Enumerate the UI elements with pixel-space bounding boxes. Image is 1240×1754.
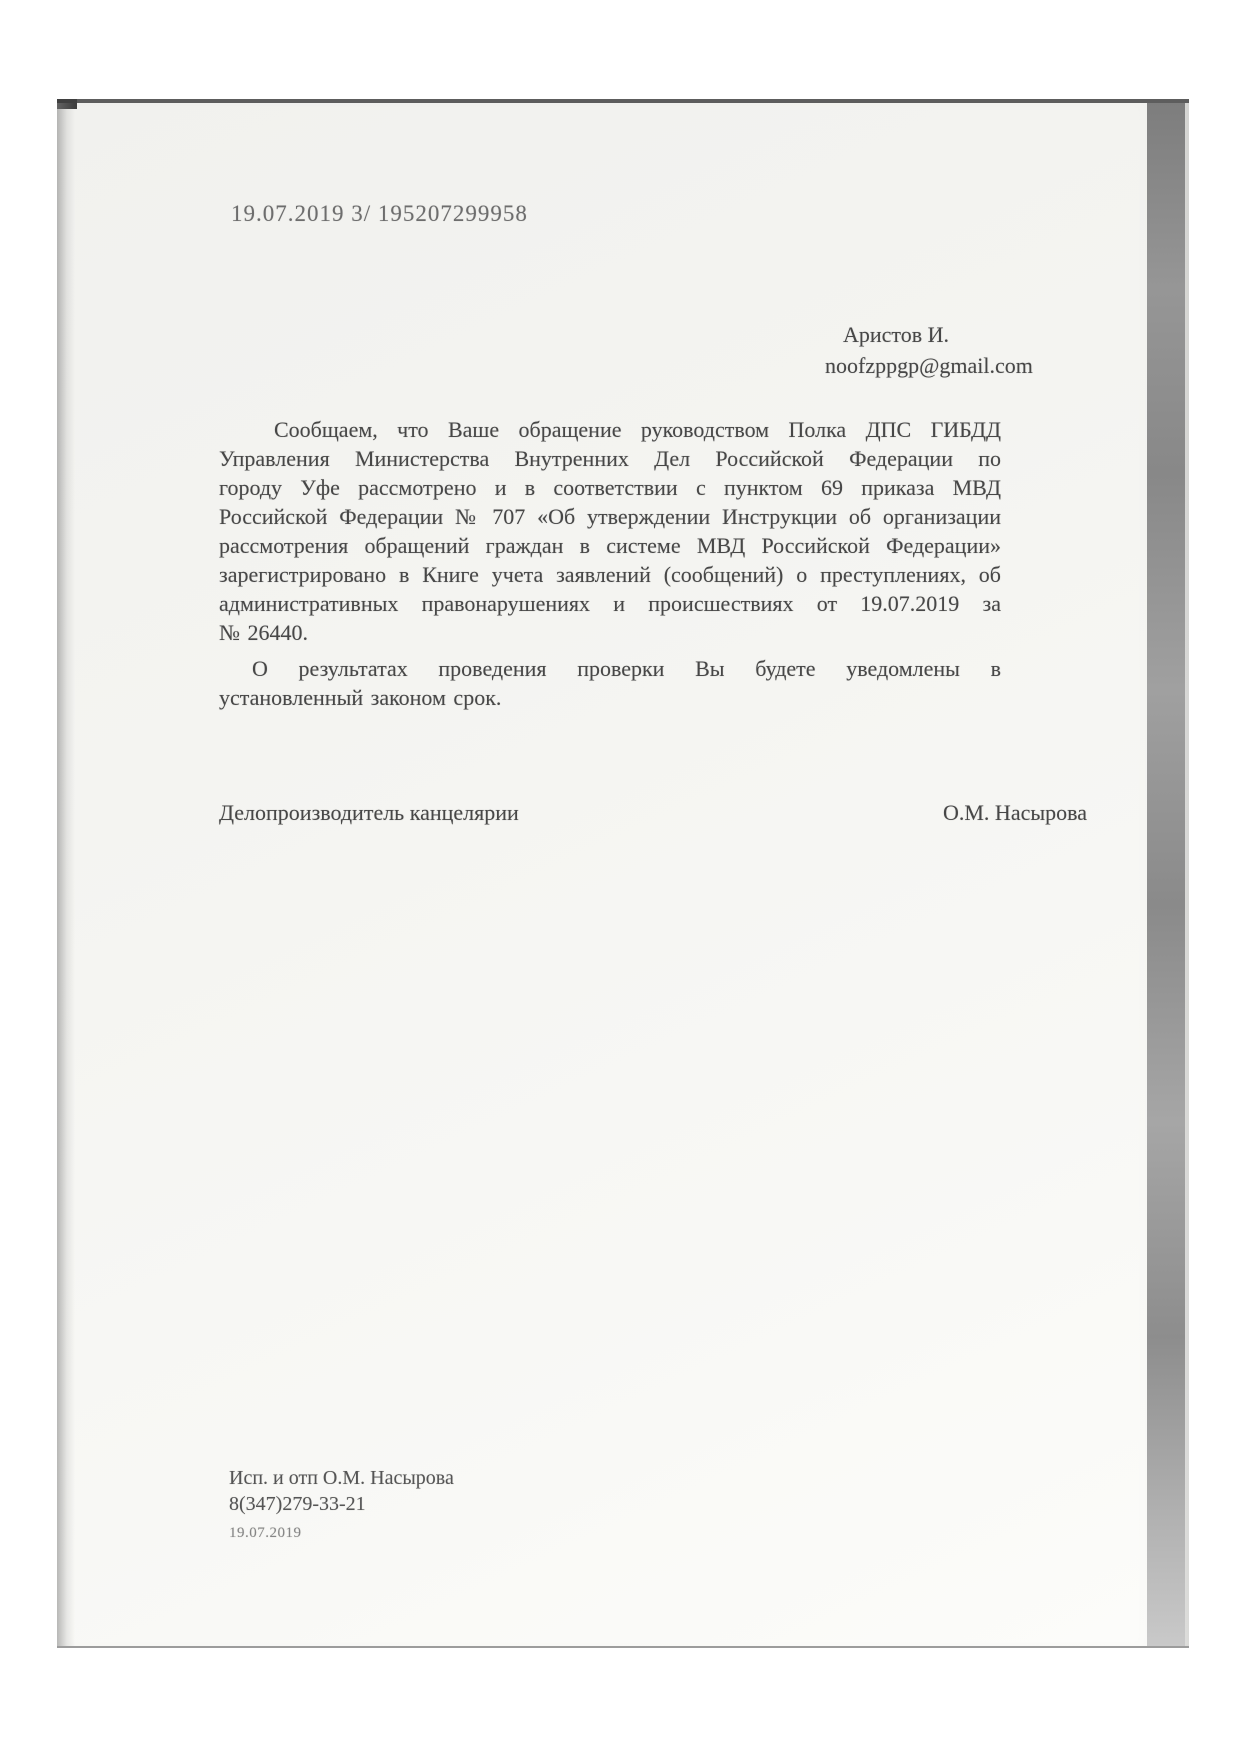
executor-phone: 8(347)279-33-21 [229,1491,454,1517]
body-line: Сообщаем, что Ваше обращение руководство… [219,415,1001,444]
body-line: городу Уфе рассмотрено и в соответствии … [219,473,1001,502]
body-line: № 26440. [219,618,1001,647]
registration-number-line: 19.07.2019 3/ 195207299958 [231,201,528,227]
scan-right-edge-strip [1147,103,1185,1646]
body-line: О результатах проведения проверки Вы буд… [219,654,1001,683]
body-paragraph-2: О результатах проведения проверки Вы буд… [219,654,1001,712]
signature-row: Делопроизводитель канцелярии О.М. Насыро… [219,800,1087,826]
body-line: рассмотрения обращений граждан в системе… [219,531,1001,560]
body-line: Российской Федерации № 707 «Об утвержден… [219,502,1001,531]
scanned-letter: 19.07.2019 3/ 195207299958 Аристов И. no… [0,0,1240,1754]
executor-date: 19.07.2019 [229,1520,454,1546]
addressee-name: Аристов И. [843,319,1033,350]
signer-title: Делопроизводитель канцелярии [219,800,519,826]
paper-sheet: 19.07.2019 3/ 195207299958 Аристов И. no… [57,99,1189,1648]
addressee-email: noofzppgp@gmail.com [825,350,1033,381]
body-line: установленный законом срок. [219,683,1001,712]
addressee-block: Аристов И. noofzppgp@gmail.com [825,319,1033,381]
signer-name: О.М. Насырова [943,800,1087,826]
executor-block: Исп. и отп О.М. Насырова 8(347)279-33-21… [229,1465,454,1546]
body-line: Управления Министерства Внутренних Дел Р… [219,444,1001,473]
body-line: административных правонарушениях и проис… [219,589,1001,618]
body-line: зарегистрировано в Книге учета заявлений… [219,560,1001,589]
body-paragraph-1: Сообщаем, что Ваше обращение руководство… [219,415,1001,647]
scan-left-edge-shadow [57,103,75,1646]
executor-line: Исп. и отп О.М. Насырова [229,1465,454,1491]
